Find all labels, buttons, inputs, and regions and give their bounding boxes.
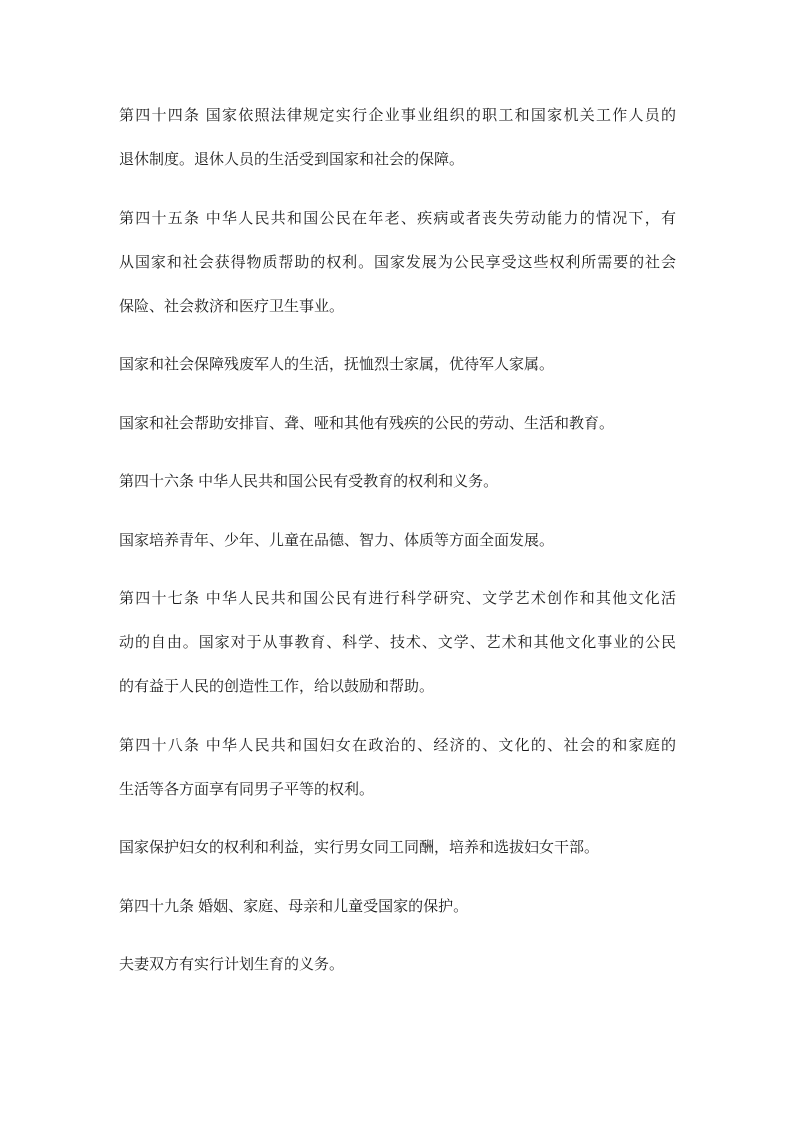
article-48-para-2: 国家保护妇女的权利和利益，实行男女同工同酬，培养和选拔妇女干部。 — [119, 826, 676, 870]
text-line: 的有益于人民的创造性工作，给以鼓励和帮助。 — [119, 665, 676, 709]
article-47: 第四十七条 中华人民共和国公民有进行科学研究、文学艺术创作和其他文化活动的自由。… — [119, 577, 676, 709]
text-line: 第四十八条 中华人民共和国妇女在政治的、经济的、文化的、社会的和家庭的 — [119, 724, 676, 768]
text-line: 保险、社会救济和医疗卫生事业。 — [119, 285, 676, 329]
text-line: 国家保护妇女的权利和利益，实行男女同工同酬，培养和选拔妇女干部。 — [119, 826, 676, 870]
text-line: 国家和社会帮助安排盲、聋、哑和其他有残疾的公民的劳动、生活和教育。 — [119, 402, 676, 446]
article-49-para-2: 夫妻双方有实行计划生育的义务。 — [119, 943, 676, 987]
document-page: 第四十四条 国家依照法律规定实行企业事业组织的职工和国家机关工作人员的退休制度。… — [0, 0, 793, 1122]
document-body: 第四十四条 国家依照法律规定实行企业事业组织的职工和国家机关工作人员的退休制度。… — [119, 94, 676, 987]
text-line: 第四十六条 中华人民共和国公民有受教育的权利和义务。 — [119, 460, 676, 504]
article-45-para-3: 国家和社会帮助安排盲、聋、哑和其他有残疾的公民的劳动、生活和教育。 — [119, 402, 676, 446]
text-line: 动的自由。国家对于从事教育、科学、技术、文学、艺术和其他文化事业的公民 — [119, 621, 676, 665]
text-line: 夫妻双方有实行计划生育的义务。 — [119, 943, 676, 987]
article-46: 第四十六条 中华人民共和国公民有受教育的权利和义务。 — [119, 460, 676, 504]
text-line: 生活等各方面享有同男子平等的权利。 — [119, 768, 676, 812]
text-line: 第四十九条 婚姻、家庭、母亲和儿童受国家的保护。 — [119, 885, 676, 929]
text-line: 第四十四条 国家依照法律规定实行企业事业组织的职工和国家机关工作人员的 — [119, 94, 676, 138]
article-45-para-2: 国家和社会保障残废军人的生活，抚恤烈士家属，优待军人家属。 — [119, 343, 676, 387]
article-49: 第四十九条 婚姻、家庭、母亲和儿童受国家的保护。 — [119, 885, 676, 929]
text-line: 国家培养青年、少年、儿童在品德、智力、体质等方面全面发展。 — [119, 519, 676, 563]
article-44: 第四十四条 国家依照法律规定实行企业事业组织的职工和国家机关工作人员的退休制度。… — [119, 94, 676, 182]
article-48: 第四十八条 中华人民共和国妇女在政治的、经济的、文化的、社会的和家庭的生活等各方… — [119, 724, 676, 812]
text-line: 从国家和社会获得物质帮助的权利。国家发展为公民享受这些权利所需要的社会 — [119, 241, 676, 285]
text-line: 国家和社会保障残废军人的生活，抚恤烈士家属，优待军人家属。 — [119, 343, 676, 387]
article-46-para-2: 国家培养青年、少年、儿童在品德、智力、体质等方面全面发展。 — [119, 519, 676, 563]
text-line: 第四十七条 中华人民共和国公民有进行科学研究、文学艺术创作和其他文化活 — [119, 577, 676, 621]
article-45: 第四十五条 中华人民共和国公民在年老、疾病或者丧失劳动能力的情况下，有从国家和社… — [119, 197, 676, 329]
text-line: 第四十五条 中华人民共和国公民在年老、疾病或者丧失劳动能力的情况下，有 — [119, 197, 676, 241]
text-line: 退休制度。退休人员的生活受到国家和社会的保障。 — [119, 138, 676, 182]
